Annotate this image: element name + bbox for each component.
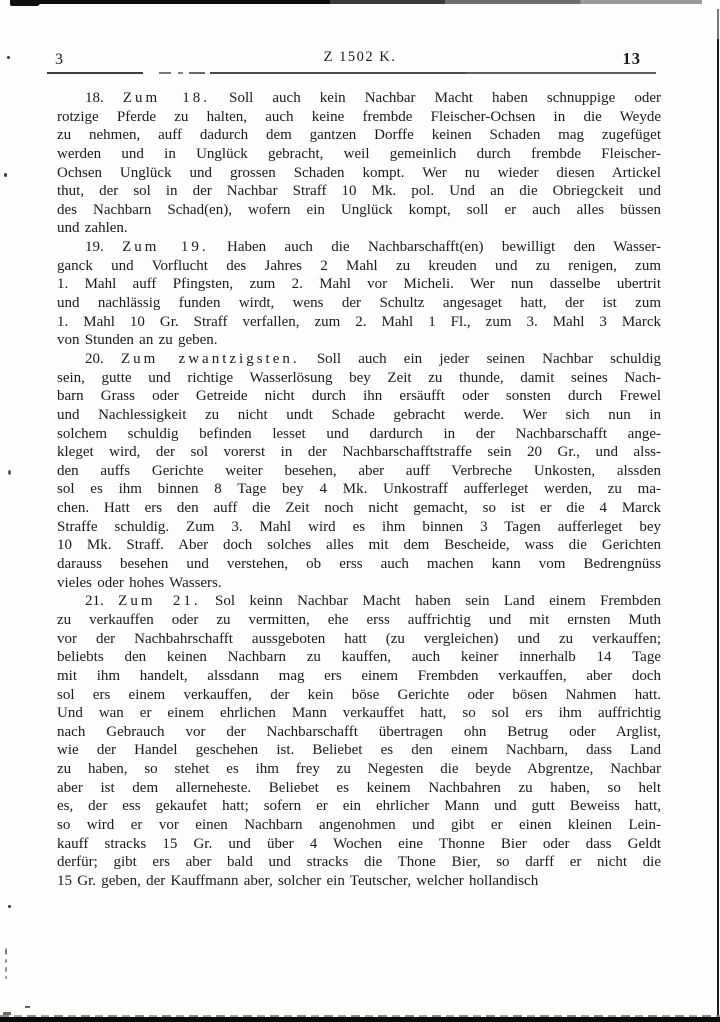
scan-speck: [4, 173, 7, 177]
text-line: 15 Gr. geben, der Kauffmann aber, solche…: [57, 872, 661, 891]
scan-speck: [25, 1006, 30, 1008]
scan-artifact-top-edge: [26, 0, 702, 4]
header-rule: [47, 72, 656, 74]
text-line: darauss besehen und verstehen, ob erss a…: [57, 555, 661, 574]
scan-speck: [3, 1012, 11, 1015]
paragraph-first-line: 20. Zum zwantzigsten. Soll auch ein jede…: [57, 350, 661, 369]
text-line: 1. Mahl 10 Gr. Straff verfallen, zum 2. …: [57, 313, 661, 332]
running-head-title: Z 1502 K.: [0, 49, 720, 66]
scan-artifact-bottom-edge: [0, 1017, 720, 1022]
text-line: des Nachbarn Schad(en), wofern ein Unglü…: [57, 201, 661, 220]
scan-speck: [8, 470, 11, 475]
text-line: den auffs Gerichte weiter besehen, aber …: [57, 462, 661, 481]
text-line: Ochsen Unglück und grossen Schaden kompt…: [57, 164, 661, 183]
paragraph-first-line-text: Haben auch die Nachbarschafft(en) bewill…: [209, 239, 661, 255]
scan-speck: [8, 905, 11, 908]
text-line: und nachlässig funden wirdt, wens der Sc…: [57, 294, 661, 313]
scan-speck: [5, 959, 7, 963]
text-line: 10 Mk. Straff. Aber doch solches alles m…: [57, 536, 661, 555]
text-line: beliebts den keinen Nachbarn zu kauffen,…: [57, 648, 661, 667]
scan-speck: [5, 976, 7, 979]
text-line: derfür; gibt ers aber bald und stracks d…: [57, 853, 661, 872]
text-line: vor der Nachbahrschafft aussgeboten hatt…: [57, 630, 661, 649]
text-line: zu haben, so stehet es ihm frey zu Neges…: [57, 760, 661, 779]
text-line: kleget wird, der sol vorerst in der Nach…: [57, 443, 661, 462]
text-line: solchem schuldig befinden lesset und dar…: [57, 425, 661, 444]
text-line: mit ihm handelt, alssdann mag ers einem …: [57, 667, 661, 686]
text-line: sol ers einem verkauffen, der kein böse …: [57, 686, 661, 705]
text-line: nach Gebrauch vor der Nachbarschafft übe…: [57, 723, 661, 742]
text-line: wie der Handel geschehen ist. Beliebet e…: [57, 741, 661, 760]
text-line: es, der ess gekaufet hatt; sofern er ein…: [57, 797, 661, 816]
paragraph-spaced-lead: Zum 21.: [118, 593, 200, 609]
scanned-document-page: 3 Z 1502 K. 13 18. Zum 18. Soll auch kei…: [0, 0, 720, 1022]
paragraph-first-line-text: Soll auch kein Nachbar Macht haben schnu…: [210, 90, 661, 106]
text-line: sein, gutte und richtige Wasserlösung be…: [57, 369, 661, 388]
paragraph-first-line-text: Sol keinn Nachbar Macht haben sein Land …: [201, 593, 661, 609]
text-line: zu nehmen, auff dadurch dem gantzen Dorf…: [57, 126, 661, 145]
paragraph-number: 21.: [85, 593, 118, 609]
text-line: zu verkauffen oder zu vermitten, ehe ers…: [57, 611, 661, 630]
text-line: rotzige Pferde zu halten, auch keine fre…: [57, 108, 661, 127]
scan-speck: [5, 967, 7, 972]
text-line: sol es ihm binnen 8 Tage bey 4 Mk. Unkos…: [57, 480, 661, 499]
page-number: 13: [623, 49, 642, 69]
paragraph-spaced-lead: Zum zwantzigsten.: [121, 351, 300, 367]
text-line: so wird er vor einen Nachbarn angenohmen…: [57, 816, 661, 835]
paragraph-number: 19.: [85, 239, 122, 255]
text-line: werden und in Unglück gebracht, weil gem…: [57, 145, 661, 164]
text-line: Straffe schuldig. Zum 3. Mahl wird es ih…: [57, 518, 661, 537]
text-line: ganck und Vorflucht des Jahres 2 Mahl zu…: [57, 257, 661, 276]
text-line: und Nachlessigkeit zu nicht undt Schade …: [57, 406, 661, 425]
scan-speck: [5, 948, 7, 955]
text-line: thut, der sol in der Nachbar Straff 10 M…: [57, 182, 661, 201]
scan-artifact-top-blob: [10, 0, 40, 6]
text-line: Und wan er einem ehrlichen Mann verkauff…: [57, 704, 661, 723]
paragraph-number: 18.: [85, 90, 123, 106]
text-line: kauff stracks 15 Gr. und über 4 Wochen e…: [57, 835, 661, 854]
text-line: barn Grass oder Getreide nicht durch ihn…: [57, 387, 661, 406]
text-line: und zahlen.: [57, 219, 661, 238]
paragraph-number: 20.: [85, 351, 121, 367]
paragraph-spaced-lead: Zum 18.: [123, 90, 210, 106]
page-body: 18. Zum 18. Soll auch kein Nachbar Macht…: [57, 89, 661, 891]
text-line: aber ist dem allerneheste. Beliebet es k…: [57, 779, 661, 798]
scan-artifact-right-edge: [717, 9, 719, 1017]
text-line: von Stunden an zu geben.: [57, 331, 661, 350]
paragraph-first-line-text: Soll auch ein jeder seinen Nachbar schul…: [300, 351, 661, 367]
paragraph-spaced-lead: Zum 19.: [122, 239, 208, 255]
paragraph-first-line: 21. Zum 21. Sol keinn Nachbar Macht habe…: [57, 592, 661, 611]
text-line: 1. Mahl auff Pfingsten, zum 2. Mahl vor …: [57, 275, 661, 294]
paragraph-first-line: 18. Zum 18. Soll auch kein Nachbar Macht…: [57, 89, 661, 108]
text-line: chen. Hatt ers den auff die Zeit noch ni…: [57, 499, 661, 518]
paragraph-first-line: 19. Zum 19. Haben auch die Nachbarschaff…: [57, 238, 661, 257]
text-line: vieles oder hohes Wassers.: [57, 574, 661, 593]
